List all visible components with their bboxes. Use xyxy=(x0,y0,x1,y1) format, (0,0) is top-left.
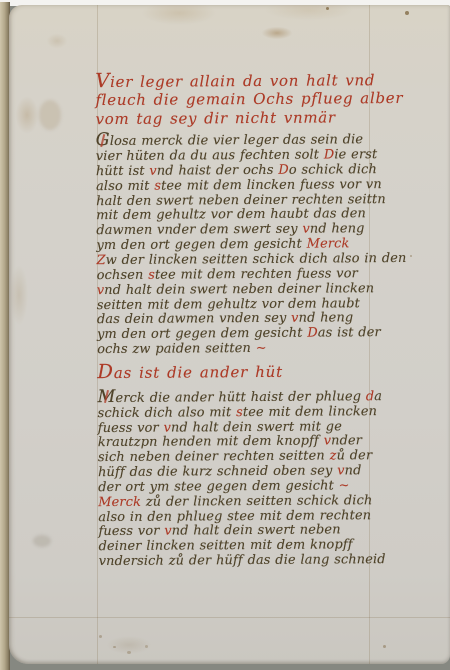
stain-speck xyxy=(405,11,409,15)
stain-speck xyxy=(326,7,329,10)
red-ink-text: v xyxy=(337,463,345,478)
red-ink-text: d xyxy=(366,389,375,404)
brown-ink-text: tee mit dem rechten fuess vor xyxy=(155,266,358,282)
brown-ink-text: nder xyxy=(331,434,362,449)
brown-ink-text: fuess vor xyxy=(98,524,164,539)
manuscript-line: vom tag sey dir nicht vnmär xyxy=(96,108,402,129)
red-ink-text: as ist die ander hüt xyxy=(114,363,283,382)
brown-ink-text: nd haist der ochs xyxy=(157,163,279,179)
brown-ink-text: ym den ort gegen dem gesicht xyxy=(96,237,306,253)
manuscript-line: Das ist die ander hüt xyxy=(97,360,403,383)
stain-blot xyxy=(39,100,61,130)
red-ink-text: D xyxy=(97,360,114,383)
red-ink-text: vom tag sey dir nicht vnmär xyxy=(96,108,336,128)
red-ink-text: ~ xyxy=(256,341,267,356)
red-ink-text: D xyxy=(278,163,289,178)
gloss-paragraph-1: Glosa merck die vier leger das sein diev… xyxy=(96,131,404,358)
red-ink-text: v xyxy=(291,311,299,326)
rubric-heading-2: Das ist die ander hüt xyxy=(97,360,403,383)
brown-ink-text: nd halt dein swert mit ge xyxy=(171,419,342,435)
red-ink-text: fleuch die gemain Ochs pflueg alber xyxy=(95,89,403,109)
stain-speck xyxy=(113,646,116,648)
brown-ink-text: das dein dawmen vnden sey xyxy=(97,311,291,327)
brown-ink-text: ochsen xyxy=(97,268,149,283)
brown-ink-text: M xyxy=(97,387,115,407)
red-ink-text: D xyxy=(324,147,335,162)
brown-ink-text: tee mit dem lincken fuess vor vn xyxy=(161,177,382,194)
bottom-ruling xyxy=(9,617,450,618)
manuscript-line: fleuch die gemain Ochs pflueg alber xyxy=(95,89,401,110)
manuscript-line: Vier leger allain da von halt vnd xyxy=(95,70,401,92)
brown-ink-text: schick dich also mit xyxy=(98,405,237,421)
brown-ink-text: vndersich zů der hüff das die lang schne… xyxy=(99,552,386,569)
brown-ink-text: tee mit dem lincken xyxy=(243,404,377,420)
brown-ink-text: G xyxy=(96,130,110,150)
brown-ink-text: hütt ist xyxy=(96,164,150,179)
manuscript-photo: Vier leger allain da von halt vndfleuch … xyxy=(0,0,450,670)
stain-speck xyxy=(127,651,131,654)
brown-ink-text: a xyxy=(374,389,382,404)
stain-speck xyxy=(383,645,386,648)
brown-ink-text: ie erst xyxy=(334,147,377,162)
brown-ink-text: also mit xyxy=(96,178,154,193)
text-block: Vier leger allain da von halt vndfleuch … xyxy=(95,70,404,570)
manuscript-line: vndersich zů der hüff das die lang schne… xyxy=(99,553,405,570)
brown-ink-text: ym den ort gegen dem gesicht xyxy=(97,326,307,342)
gloss-paragraph-2: Merck die ander hütt haist der phlueg da… xyxy=(97,388,404,570)
red-ink-text: ier leger allain da von halt vnd xyxy=(110,71,375,91)
brown-ink-text: o schick dich xyxy=(289,162,377,178)
rubric-verse: Vier leger allain da von halt vndfleuch … xyxy=(95,70,401,128)
brown-ink-text: ochs zw paiden seitten xyxy=(97,341,256,357)
stain-blot xyxy=(33,535,51,547)
red-ink-text: ~ xyxy=(339,478,350,493)
stain-speck xyxy=(410,255,412,257)
brown-ink-text: nd heng xyxy=(310,221,365,236)
brown-ink-text: fuess vor xyxy=(98,420,164,435)
stain-speck xyxy=(99,635,102,638)
red-ink-text: Merck xyxy=(98,495,141,510)
red-ink-text: D xyxy=(307,326,318,341)
brown-ink-text: w der lincken seitten schick dich also i… xyxy=(106,251,407,268)
red-ink-text: Z xyxy=(97,253,106,268)
brown-ink-text: nd heng xyxy=(299,311,354,326)
brown-ink-text: nd xyxy=(345,463,362,478)
brown-ink-text: ů der xyxy=(336,448,372,463)
parchment-page: Vier leger allain da von halt vndfleuch … xyxy=(9,5,450,664)
manuscript-line: ochs zw paiden seitten ~ xyxy=(97,341,403,358)
red-ink-text: Merck xyxy=(307,236,350,251)
red-ink-text: v xyxy=(149,164,157,179)
red-ink-text: V xyxy=(95,69,110,92)
brown-ink-text: nd halt dein swert neben xyxy=(172,523,341,539)
brown-ink-text: dawmen vnder dem swert sey xyxy=(96,222,302,238)
stain-speck xyxy=(145,645,148,648)
brown-ink-text: as ist der xyxy=(318,325,381,340)
